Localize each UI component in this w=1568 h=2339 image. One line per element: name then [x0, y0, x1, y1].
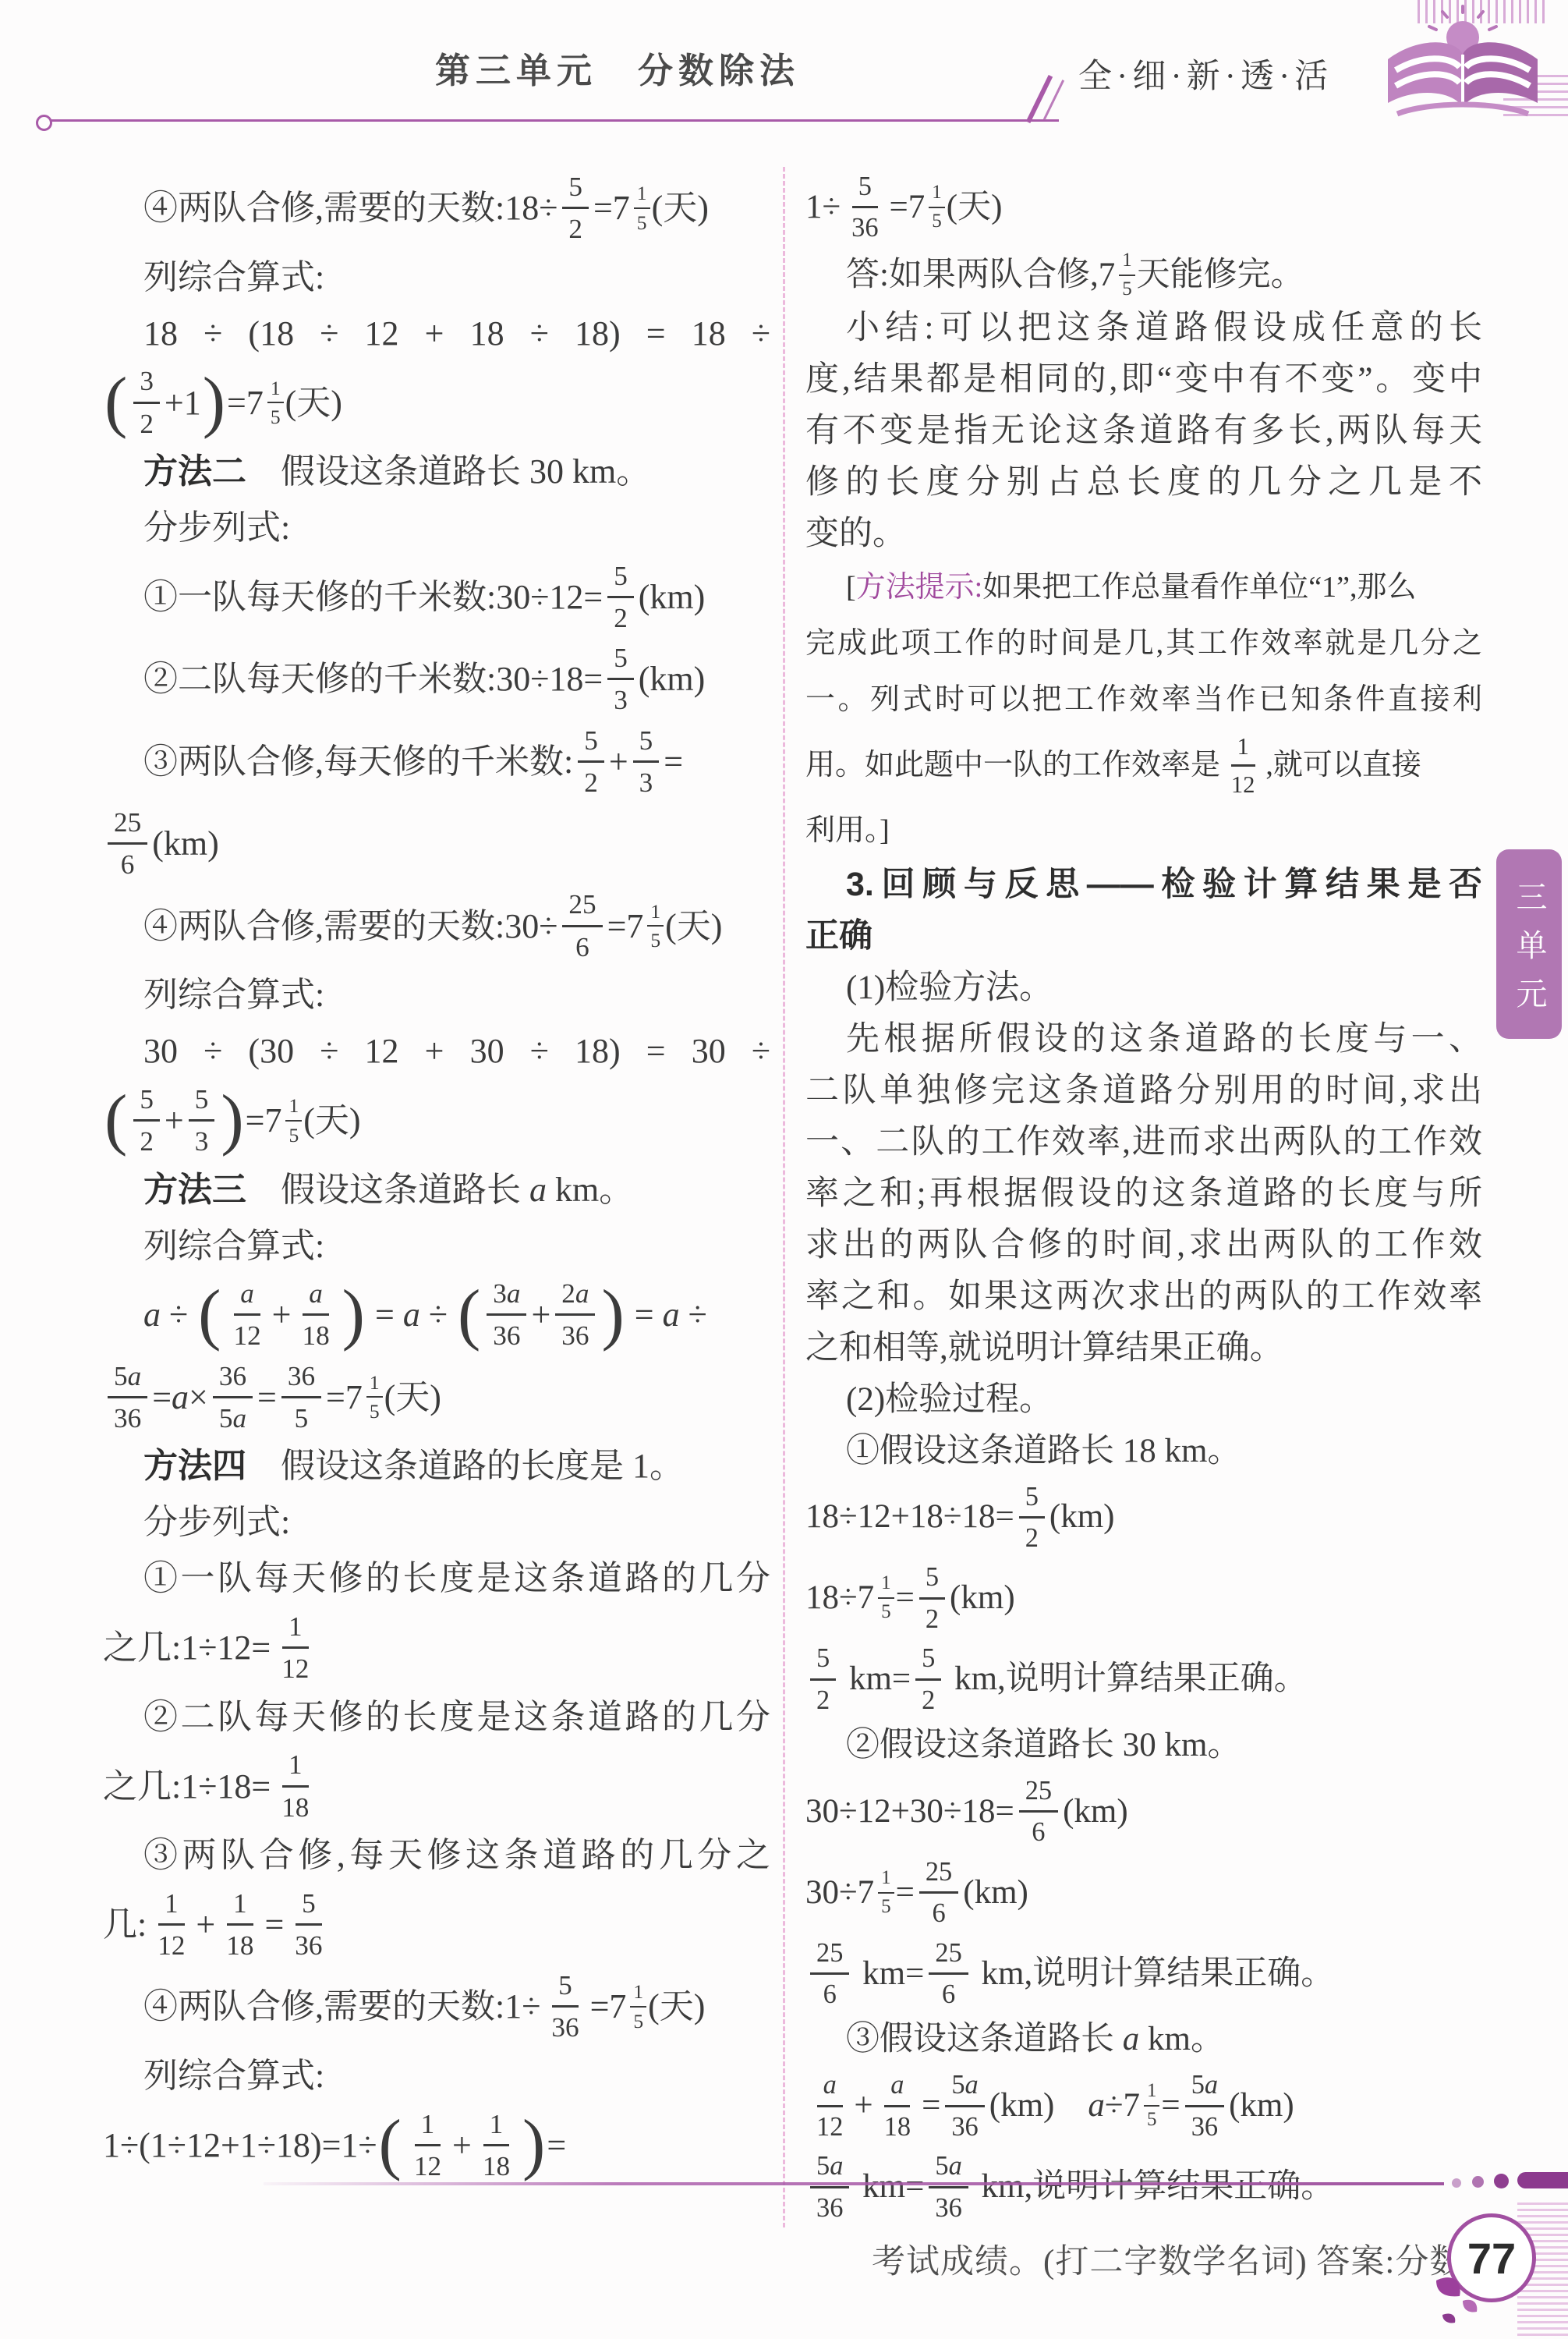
numerator: 5	[633, 727, 660, 763]
denominator: 5	[878, 1894, 894, 1917]
denominator: 5	[285, 1122, 302, 1146]
fraction: a18	[878, 2071, 917, 2140]
text-line: 求出的两队合修的时间,求出两队的工作效	[805, 1220, 1482, 1271]
text-run: =	[890, 186, 908, 229]
text-run: +	[854, 2084, 872, 2128]
numerator: 3	[133, 367, 160, 403]
formula-line: a ÷ (a12+a18) = a ÷ (3a36+2a36) = a ÷	[103, 1274, 770, 1356]
text-line: [方法提示:如果把工作总量看作单位“1”,那么	[805, 560, 1482, 616]
text-run: ③假设这条道路长	[846, 2018, 1123, 2061]
fraction: 52	[133, 1086, 160, 1155]
numerator: 5a	[108, 1363, 147, 1398]
text-run: (km)	[1229, 2084, 1294, 2128]
text-run: +	[165, 1098, 184, 1143]
numerator: 1	[647, 902, 664, 927]
decorative-dot	[1452, 2178, 1461, 2188]
text-run: 1÷(1÷12+1÷18)=1÷	[103, 2123, 377, 2167]
formula-line: 18÷12+18÷18=52(km)	[805, 1477, 1482, 1558]
fraction: 256	[1019, 1777, 1058, 1846]
denominator: 5	[288, 1398, 315, 1432]
formula-line: ②二队每天修的千米数:30÷18=53(km)	[103, 638, 770, 720]
mixed-number: 715	[908, 180, 947, 235]
numerator: 36	[213, 1363, 253, 1398]
numerator: 5a	[945, 2071, 984, 2107]
formula-line: 几:112+118=536	[103, 1884, 770, 1965]
whole-number: 7	[1099, 253, 1116, 297]
fraction: 15	[878, 1574, 894, 1622]
text-line: 变的。	[805, 509, 1482, 560]
text-run: =	[264, 1902, 284, 1947]
numerator: 5	[562, 173, 589, 209]
text-line: 分步列式:	[103, 500, 770, 556]
big-paren: (	[379, 2126, 402, 2164]
italic-run: a	[1123, 2018, 1140, 2061]
formula-line: 256 km=256 km,说明计算结果正确。	[805, 1933, 1482, 2015]
bold-run: 方法三	[143, 1168, 246, 1212]
numerator: 25	[810, 1940, 849, 1975]
denominator: 12	[275, 1649, 315, 1682]
text-run: =	[547, 2123, 566, 2167]
numerator: 1	[878, 1869, 894, 1894]
text-run: ②假设这条道路长 30 km。	[846, 1724, 1241, 1767]
text-run: =	[326, 1375, 345, 1419]
text-run: (km)	[963, 1871, 1028, 1915]
text-line: 列综合算式:	[103, 1217, 770, 1274]
numerator: 5	[1019, 1483, 1045, 1519]
whole-number: 7	[345, 1375, 363, 1419]
text-run: ÷	[161, 1292, 196, 1337]
text-run: 求出的两队合修的时间,求出两队的工作效	[805, 1224, 1482, 1267]
text-run: +1	[165, 381, 201, 425]
numerator: 1	[483, 2110, 510, 2146]
denominator: 36	[1185, 2107, 1224, 2140]
text-run: =	[246, 1098, 265, 1143]
numerator: 25	[1019, 1777, 1058, 1813]
text-run: 之几:1÷12=	[103, 1625, 271, 1670]
text-line: 完成此项工作的时间是几,其工作效率就是几分之	[805, 616, 1482, 672]
text-line: ①一队每天修的长度是这条道路的几分	[103, 1550, 770, 1607]
fraction: 118	[220, 1890, 260, 1959]
fraction: 15	[1144, 2082, 1159, 2130]
text-run: (km)	[1049, 1495, 1115, 1539]
fraction: 118	[476, 2110, 516, 2180]
fraction: 256	[810, 1940, 849, 2008]
formula-line: ④两队合修,需要的天数:18÷52=715(天)	[103, 167, 770, 249]
denominator: 5	[1119, 276, 1134, 299]
mixed-number: 715	[626, 898, 665, 954]
text-run: =	[257, 1375, 277, 1419]
text-line: (1)检验方法。	[805, 962, 1482, 1014]
denominator: 2	[607, 598, 634, 632]
bold-run: 3.回顾与反思——检验计算结果是否	[846, 863, 1482, 907]
text-run: ÷	[1105, 2084, 1124, 2128]
fraction: a12	[227, 1280, 267, 1349]
italic-run: a	[143, 1292, 161, 1337]
big-paren: )	[203, 384, 225, 421]
denominator: 5	[267, 403, 284, 427]
fraction: 536	[545, 1972, 585, 2041]
text-run: (天)	[947, 186, 1003, 229]
formula-line: 1÷(1÷12+1÷18)=1÷(112+118)=	[103, 2104, 770, 2186]
unit-title: 第三单元 分数除法	[435, 42, 800, 93]
denominator: 3	[607, 680, 634, 714]
text-run: 天能修完。	[1137, 253, 1304, 297]
text-run: 18 ÷ (18 ÷ 12 + 18 ÷ 18) = 18 ÷	[143, 311, 770, 356]
italic-run: a	[172, 1375, 189, 1419]
text-run: =	[922, 2084, 940, 2128]
mixed-number: 715	[264, 1093, 303, 1148]
denominator: 6	[926, 1894, 951, 1926]
text-run: 一。列式时可以把工作效率当作已知条件直接利	[805, 681, 1482, 719]
denominator: 5	[634, 209, 650, 233]
column-divider	[783, 167, 785, 2227]
fraction: 15	[878, 1869, 894, 1917]
denominator: 18	[296, 1316, 335, 1349]
text-run: 30÷12+30÷18=	[805, 1790, 1014, 1834]
fraction: 5a36	[945, 2071, 984, 2140]
fraction: 52	[919, 1564, 945, 1632]
text-run: km=	[841, 1657, 911, 1701]
denominator: 12	[151, 1926, 191, 1959]
text-line: 列综合算式:	[103, 2048, 770, 2104]
text-run: +	[272, 1292, 292, 1337]
fraction: 15	[634, 183, 650, 232]
text-run: 率之和。如果这两次求出的两队的工作效率	[805, 1275, 1482, 1319]
text-run: +	[531, 1292, 550, 1337]
text-run: 答:如果两队合修,	[846, 253, 1099, 297]
text-run: (天)	[648, 1984, 705, 2029]
text-run: 列综合算式:	[143, 973, 324, 1017]
text-run: ④两队合修,需要的天数:1÷	[143, 1984, 540, 2029]
text-line: 修的长度分别占总长度的几分之几是不	[805, 457, 1482, 509]
text-line: ①假设这条道路长 18 km。	[805, 1426, 1482, 1477]
text-run: (1)检验方法。	[846, 966, 1053, 1010]
denominator: 18	[476, 2146, 516, 2180]
decorative-dot	[1472, 2176, 1484, 2188]
denominator: 12	[227, 1316, 267, 1349]
text-run: km,说明计算结果正确。	[946, 1657, 1307, 1701]
text-line: 度,结果都是相同的,即“变中有不变”。变中	[805, 354, 1482, 406]
formula-line: (32+1)=715(天)	[103, 361, 770, 443]
denominator: 5	[366, 1398, 383, 1422]
denominator: 36	[555, 1316, 595, 1349]
unit-tab: 三单元	[1496, 849, 1562, 1039]
denominator: 2	[133, 1122, 160, 1155]
left-column: ④两队合修,需要的天数:18÷52=715(天)列综合算式:18 ÷ (18 ÷…	[103, 167, 770, 2186]
denominator: 6	[1025, 1813, 1051, 1845]
right-column: 1÷536=715(天)答:如果两队合修,715天能修完。小结:可以把这条道路假…	[805, 167, 1482, 2227]
fraction: 5a36	[108, 1363, 147, 1432]
big-paren: )	[221, 1101, 243, 1139]
text-line: (2)检验过程。	[805, 1374, 1482, 1426]
denominator: 36	[810, 2188, 849, 2221]
text-run: km=	[854, 1952, 924, 1996]
fraction: 53	[189, 1086, 215, 1155]
fraction: 15	[366, 1373, 383, 1422]
numerator: 5	[852, 173, 878, 208]
numerator: 5	[552, 1972, 579, 2008]
fraction: 118	[275, 1751, 315, 1820]
text-run: 如果把工作总量看作单位“1”,那么	[982, 569, 1416, 607]
fraction: 15	[929, 183, 944, 232]
big-paren: )	[342, 1296, 365, 1334]
text-run: 列综合算式:	[143, 1224, 324, 1268]
numerator: a	[817, 2071, 843, 2107]
whole-number: 7	[264, 1098, 281, 1143]
fraction: 2a36	[555, 1280, 595, 1349]
text-run: =	[896, 1871, 915, 1915]
text-run: [	[846, 569, 856, 607]
text-run: km。	[1139, 2018, 1224, 2061]
numerator: 5	[189, 1086, 215, 1122]
fraction: 5a36	[810, 2153, 849, 2221]
text-run: =	[593, 186, 613, 230]
fraction: 52	[607, 562, 634, 632]
numerator: 5	[810, 1645, 836, 1680]
text-run: (km)	[950, 1576, 1015, 1620]
text-run: 1÷	[805, 186, 841, 229]
text-run: km。	[547, 1168, 633, 1212]
text-line: 一。列式时可以把工作效率当作已知条件直接利	[805, 672, 1482, 728]
numerator: 2a	[555, 1280, 595, 1316]
denominator: 2	[810, 1681, 836, 1713]
numerator: 25	[919, 1859, 958, 1894]
text-run: 18÷12+18÷18=	[805, 1495, 1014, 1539]
numerator: 1	[285, 1096, 302, 1122]
numerator: 1	[1144, 2082, 1159, 2107]
fraction: 256	[929, 1940, 968, 2008]
bold-run: 方法四	[143, 1444, 246, 1488]
fraction: 15	[1119, 251, 1134, 299]
numerator: 3a	[487, 1280, 526, 1316]
text-run: 列综合算式:	[143, 2054, 324, 2098]
text-line: 率之和;再根据假设的这条道路的长度与所	[805, 1168, 1482, 1220]
text-run: (km)	[639, 657, 706, 701]
denominator: 5	[647, 927, 664, 951]
numerator: a	[234, 1280, 260, 1316]
text-line: 方法四 假设这条道路的长度是 1。	[103, 1438, 770, 1494]
text-run: (2)检验过程。	[846, 1378, 1053, 1422]
fraction: 5a36	[929, 2153, 968, 2221]
formula-line: 30÷715=256(km)	[805, 1852, 1482, 1933]
text-run: +	[452, 2123, 472, 2167]
text-run: =	[664, 739, 683, 784]
numerator: 5a	[1185, 2071, 1224, 2107]
text-run: ÷	[680, 1292, 707, 1337]
header-rule-circle	[36, 115, 52, 131]
numerator: 5	[133, 1086, 160, 1122]
text-run: km,说明计算结果正确。	[973, 2165, 1334, 2209]
text-line: 正确	[805, 911, 1482, 962]
text-run: =	[896, 1576, 915, 1620]
numerator: 5	[607, 644, 634, 680]
text-run: 用。如此题中一队的工作效率是	[805, 746, 1220, 785]
text-line: 二队单独修完这条道路分别用的时间,求出	[805, 1065, 1482, 1117]
text-run: +	[196, 1902, 215, 1947]
text-run: +	[609, 739, 628, 784]
big-paren: (	[198, 1296, 221, 1334]
text-line: ②二队每天修的长度是这条道路的几分	[103, 1689, 770, 1745]
text-line: 3.回顾与反思——检验计算结果是否	[805, 859, 1482, 911]
highlight-run: 方法提示:	[856, 569, 983, 607]
bold-run: 正确	[805, 915, 872, 959]
text-run: ×	[189, 1375, 208, 1419]
text-run: 之几:1÷18=	[103, 1764, 271, 1809]
text-line: ③两队合修,每天修这条道路的几分之	[103, 1827, 770, 1884]
formula-line: 用。如此题中一队的工作效率是112,就可以直接	[805, 728, 1482, 803]
text-run: 之和相等,就说明计算结果正确。	[805, 1327, 1283, 1370]
text-run: =	[366, 1292, 403, 1337]
fraction: 256	[108, 809, 147, 878]
text-run: (km)	[152, 821, 219, 866]
denominator: 2	[133, 404, 160, 438]
whole-number: 7	[613, 186, 630, 230]
text-run: ①一队每天修的千米数:30÷12=	[143, 575, 603, 619]
fraction: 112	[408, 2110, 448, 2180]
bold-run: 方法二	[143, 449, 246, 494]
fraction: 53	[633, 727, 660, 796]
text-run: ①假设这条道路长 18 km。	[846, 1430, 1241, 1473]
denominator: 2	[919, 1600, 945, 1632]
text-run: ④两队合修,需要的天数:18÷	[143, 186, 557, 230]
page-content: ④两队合修,需要的天数:18÷52=715(天)列综合算式:18 ÷ (18 ÷…	[103, 167, 1482, 2227]
fraction: a12	[810, 2071, 849, 2140]
denominator: 12	[810, 2107, 849, 2140]
formula-line: 256(km)	[103, 803, 770, 884]
numerator: 5	[578, 727, 604, 763]
denominator: 18	[878, 2107, 917, 2140]
formula-line: ①一队每天修的千米数:30÷12=52(km)	[103, 556, 770, 638]
denominator: 3	[189, 1122, 215, 1155]
footer-bar	[1517, 2172, 1568, 2188]
text-run: 率之和;再根据假设的这条道路的长度与所	[805, 1172, 1482, 1216]
text-line: 小结:可以把这条道路假设成任意的长	[805, 303, 1482, 354]
text-run: (km)	[639, 575, 706, 619]
text-run: 有不变是指无论这条道路有多长,两队每天	[805, 409, 1482, 453]
text-line: 有不变是指无论这条道路有多长,两队每天	[805, 406, 1482, 457]
numerator: 1	[267, 378, 284, 404]
text-run: =	[152, 1375, 172, 1419]
formula-line: 52 km=52 km,说明计算结果正确。	[805, 1639, 1482, 1720]
textbook-page: 第三单元 分数除法 全·细·新·透·活 ④两队合修,需要的天数:18÷52=71…	[0, 0, 1568, 2339]
text-run: (km)	[989, 2084, 1088, 2128]
text-line: 率之和。如果这两次求出的两队的工作效率	[805, 1271, 1482, 1323]
text-run: 度,结果都是相同的,即“变中有不变”。变中	[805, 358, 1482, 402]
text-run: (天)	[303, 1098, 360, 1143]
formula-line: 之几:1÷18=118	[103, 1745, 770, 1827]
big-paren: (	[104, 384, 127, 421]
text-run: (天)	[384, 1375, 441, 1419]
text-run: =	[607, 904, 627, 948]
text-run: ③两队合修,每天修这条道路的几分之	[143, 1833, 770, 1877]
text-run: 假设这条道路长 30 km。	[246, 449, 650, 494]
denominator: 5	[1144, 2107, 1159, 2130]
fraction: 52	[915, 1645, 941, 1713]
text-run: 18÷	[805, 1576, 858, 1620]
text-run: (km)	[1063, 1790, 1128, 1834]
text-run: 利用。]	[805, 812, 890, 850]
text-run: 完成此项工作的时间是几,其工作效率就是几分之	[805, 625, 1482, 663]
numerator: 5	[607, 562, 634, 598]
text-line: 18 ÷ (18 ÷ 12 + 18 ÷ 18) = 18 ÷	[103, 305, 770, 361]
formula-line: ④两队合修,需要的天数:30÷256=715(天)	[103, 884, 770, 966]
numerator: 5	[919, 1564, 945, 1599]
denominator: 5	[630, 2008, 646, 2032]
denominator: 5a	[213, 1398, 253, 1432]
text-run: =	[626, 1292, 663, 1337]
denominator: 5	[878, 1599, 894, 1622]
text-run: 修的长度分别占总长度的几分之几是不	[805, 461, 1482, 505]
text-run: km=	[854, 2165, 924, 2209]
numerator: a	[303, 1280, 329, 1316]
numerator: 36	[281, 1363, 321, 1398]
italic-run: a	[663, 1292, 680, 1337]
fraction: 112	[151, 1890, 191, 1959]
mixed-number: 715	[1099, 248, 1137, 303]
text-run: 假设这条道路长	[246, 1168, 529, 1212]
text-run: 30 ÷ (30 ÷ 12 + 30 ÷ 18) = 30 ÷	[143, 1029, 770, 1073]
denominator: 36	[545, 2008, 585, 2041]
series-slogan: 全·细·新·透·活	[1078, 50, 1333, 97]
text-run: ③两队合修,每天修的千米数:	[143, 739, 573, 784]
big-paren: )	[522, 2126, 545, 2164]
fraction: 15	[630, 1982, 646, 2031]
fraction: 536	[288, 1890, 328, 1959]
text-line: 利用。]	[805, 803, 1482, 859]
fraction: 112	[275, 1613, 315, 1682]
text-line: 先根据所假设的这条道路的长度与一、	[805, 1014, 1482, 1065]
denominator: 6	[936, 1975, 961, 2008]
text-run: ②二队每天修的长度是这条道路的几分	[143, 1695, 770, 1739]
text-run: ,就可以直接	[1265, 746, 1421, 785]
fraction: 32	[133, 367, 160, 437]
text-run: =	[1161, 2084, 1180, 2128]
denominator: 36	[945, 2107, 984, 2140]
italic-run: a	[1088, 2084, 1105, 2128]
numerator: 1	[1119, 251, 1134, 276]
text-line: 一、二队的工作效率,进而求出两队的工作效	[805, 1117, 1482, 1168]
whole-number: 7	[609, 1984, 626, 2029]
header-rule	[51, 119, 1059, 122]
whole-number: 7	[1123, 2084, 1140, 2128]
footer-riddle: 考试成绩。(打二字数学名词) 答案:分数。	[872, 2235, 1498, 2283]
fraction: 53	[607, 644, 634, 714]
text-run: 分步列式:	[143, 1500, 290, 1544]
denominator: 18	[275, 1788, 315, 1821]
formula-line: 5a36=a×365a=365=715(天)	[103, 1356, 770, 1438]
denominator: 12	[1225, 767, 1261, 796]
fraction: 536	[845, 173, 884, 242]
formula-line: a12+a18=5a36(km) a÷715=5a36(km)	[805, 2065, 1482, 2146]
text-line: 分步列式:	[103, 1494, 770, 1550]
text-run: 30÷	[805, 1871, 858, 1915]
text-run: 小结:可以把这条道路假设成任意的长	[846, 307, 1482, 350]
whole-number: 7	[858, 1871, 875, 1915]
denominator: 2	[915, 1681, 941, 1713]
fraction: 365a	[213, 1363, 253, 1432]
text-run: ①一队每天修的长度是这条道路的几分	[143, 1556, 770, 1600]
formula-line: 5a36 km=5a36 km,说明计算结果正确。	[805, 2146, 1482, 2227]
text-run: 几:	[103, 1902, 147, 1947]
numerator: 1	[158, 1890, 185, 1926]
fraction: 256	[562, 891, 602, 960]
formula-line: 答:如果两队合修,715天能修完。	[805, 248, 1482, 303]
text-run: 二队单独修完这条道路分别用的时间,求出	[805, 1069, 1482, 1113]
italic-run: a	[529, 1168, 547, 1212]
numerator: 5	[915, 1645, 941, 1680]
denominator: 3	[633, 763, 660, 796]
footer-rule	[264, 2182, 1444, 2185]
